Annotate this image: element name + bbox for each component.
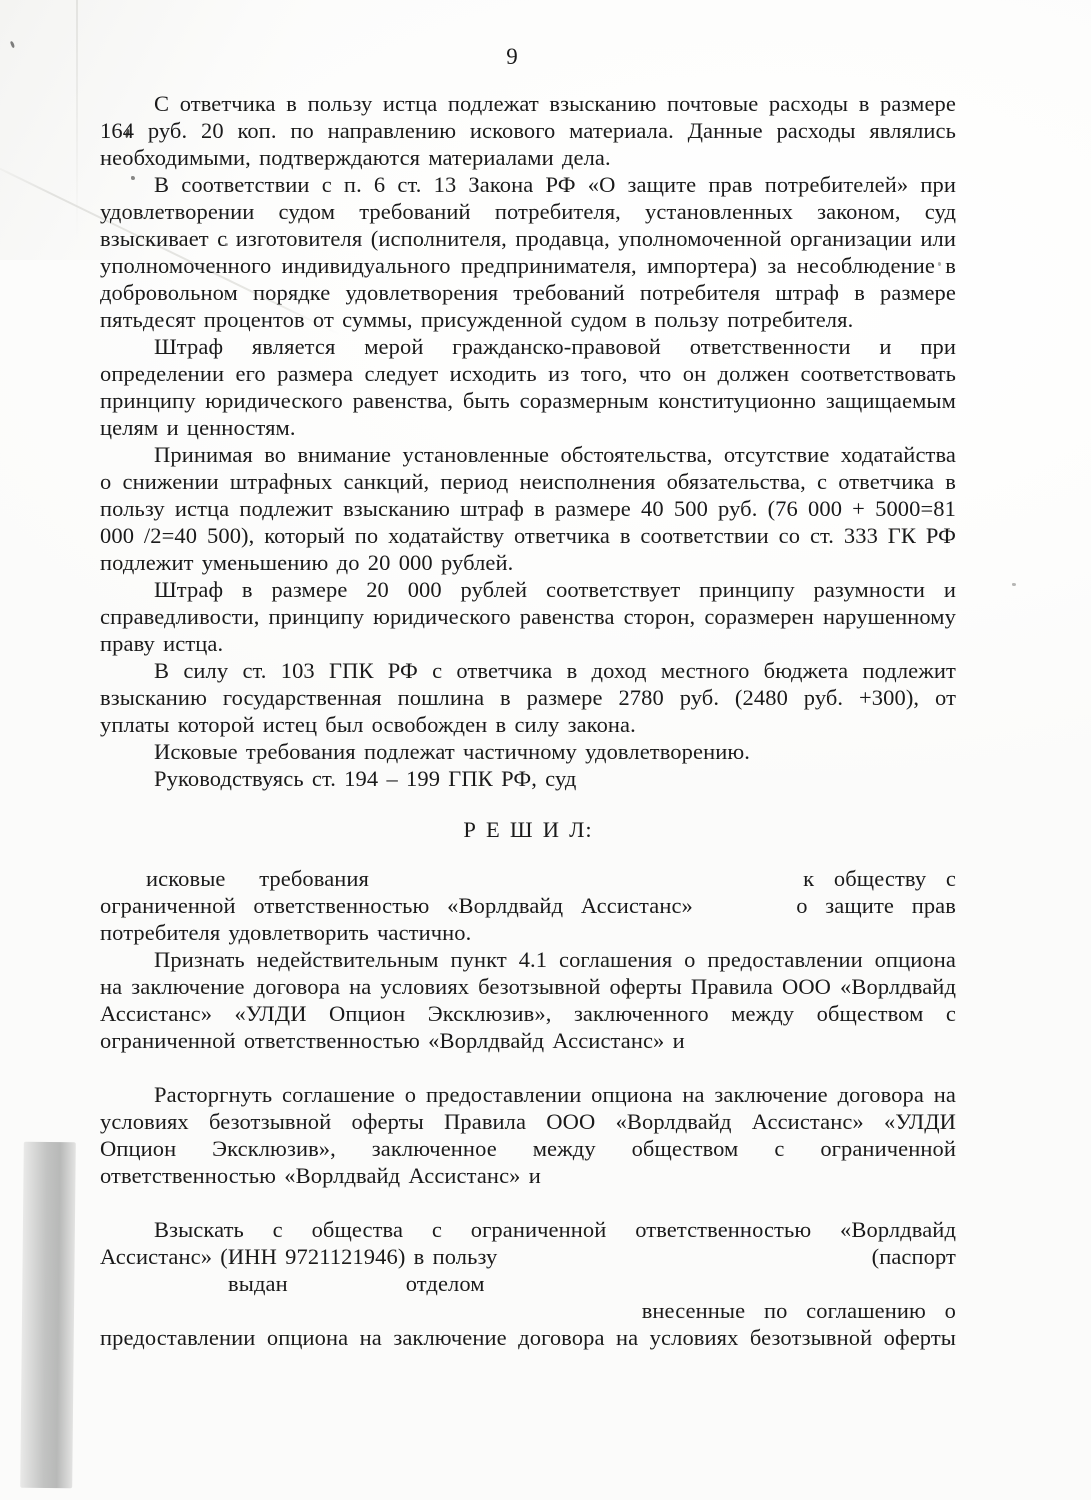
claims-line-1: исковые требования к обществу с: [100, 865, 956, 892]
inn-text: Ассистанс» (ИНН 9721121946) в пользу: [100, 1243, 497, 1270]
paragraph-fine-reasonableness: Штраф в размере 20 000 рублей соответств…: [100, 576, 956, 657]
paragraph-fine-calculation: Принимая во внимание установленные обсто…: [100, 441, 956, 576]
defendant-name-text: ограниченной ответственностью «Ворлдвайд…: [100, 892, 693, 919]
paragraph-invalidate-clause: Признать недействительным пункт 4.1 согл…: [100, 946, 956, 1054]
paragraph-recover-funds: Взыскать с общества с ограниченной ответ…: [100, 1216, 956, 1351]
paragraph-partial-satisfaction: Исковые требования подлежат частичному у…: [100, 738, 956, 765]
department-text: отделом: [406, 1271, 485, 1296]
claims-subject-text: о защите прав: [796, 892, 956, 919]
paragraph-terminate-agreement: Расторгнуть соглашение о предоставлении …: [100, 1081, 956, 1189]
claims-text-right: к обществу с: [803, 865, 956, 892]
page-edge-line: [76, 0, 78, 240]
redacted-line-gap: [100, 1054, 956, 1081]
paragraph-guided-by: Руководствуясь ст. 194 – 199 ГПК РФ, суд: [100, 765, 956, 792]
document-body: С ответчика в пользу истца подлежат взыс…: [100, 90, 956, 1351]
resolution-heading: Р Е Ш И Л:: [100, 816, 956, 843]
recover-line-5: предоставлении опциона на заключение дог…: [100, 1324, 956, 1351]
page-number: 9: [0, 44, 1024, 70]
recover-line-3: выданотделом: [100, 1270, 956, 1297]
paragraph-consumer-law-fine: В соответствии с п. 6 ст. 13 Закона РФ «…: [100, 171, 956, 333]
claims-line-2: ограниченной ответственностью «Ворлдвайд…: [100, 892, 956, 919]
issued-text: выдан: [228, 1271, 288, 1296]
recover-line-2: Ассистанс» (ИНН 9721121946) в пользу (па…: [100, 1243, 956, 1270]
resolution-claims-paragraph: исковые требования к обществу с ограниче…: [100, 865, 956, 946]
paragraph-state-duty: В силу ст. 103 ГПК РФ с ответчика в дохо…: [100, 657, 956, 738]
scanned-page: 9 С ответчика в пользу истца подлежат вз…: [0, 0, 1091, 1500]
paragraph-fine-nature: Штраф является мерой гражданско-правовой…: [100, 333, 956, 441]
claims-line-3: потребителя удовлетворить частично.: [100, 919, 956, 946]
passport-text: (паспорт: [872, 1243, 956, 1270]
paragraph-postal-costs: С ответчика в пользу истца подлежат взыс…: [100, 90, 956, 171]
scan-edge-shadow: [20, 1142, 76, 1489]
recover-line-1: Взыскать с общества с ограниченной ответ…: [100, 1216, 956, 1243]
redacted-line-gap: [100, 1189, 956, 1216]
claims-text-left: исковые требования: [146, 865, 369, 892]
recover-line-4: внесенные по соглашению о: [100, 1297, 956, 1324]
scan-speck: [1012, 583, 1016, 586]
